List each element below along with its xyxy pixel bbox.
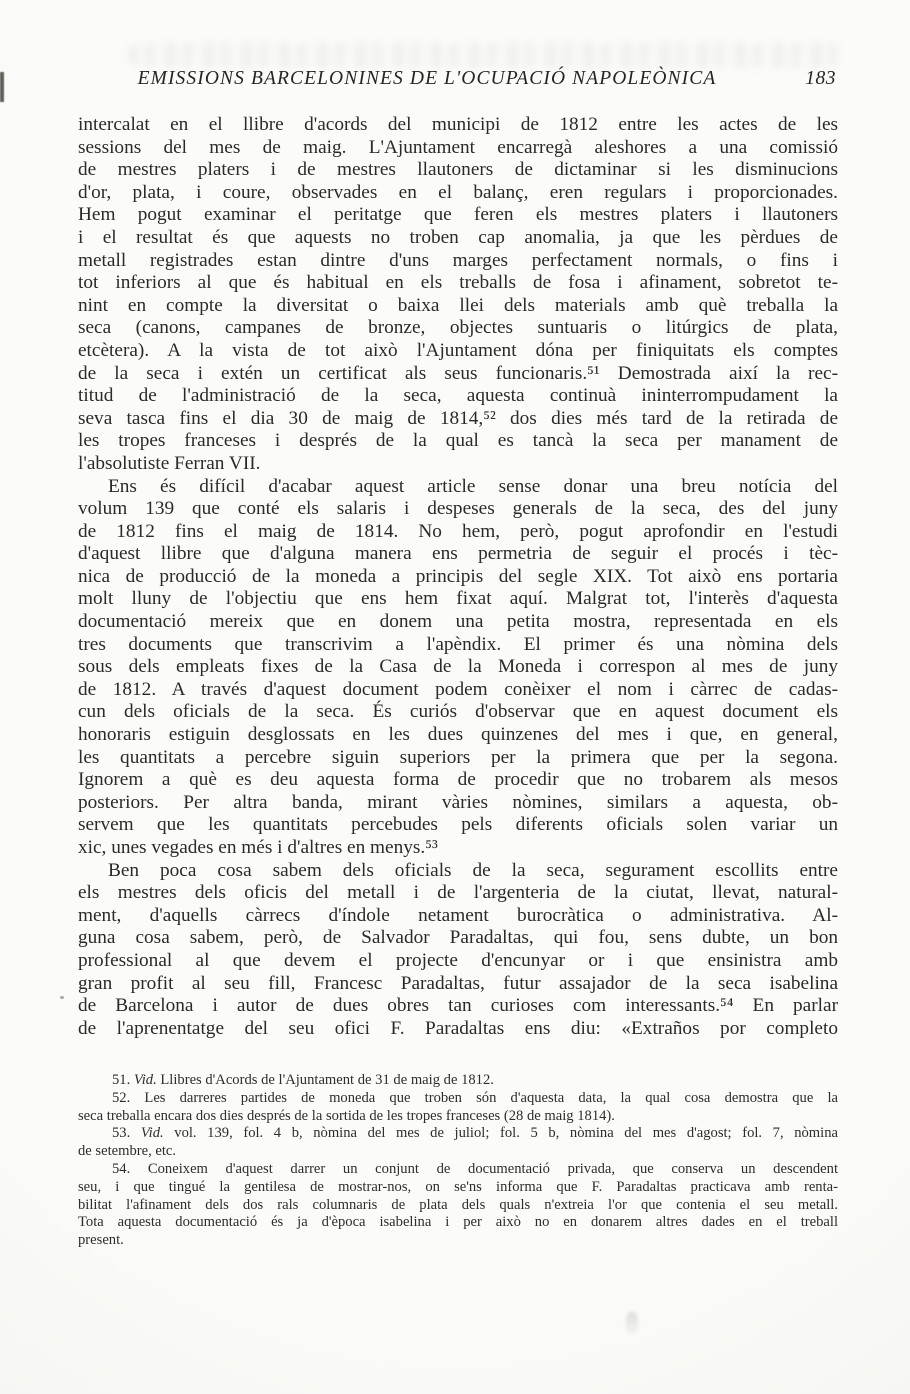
text-line: Tota aquesta documentació és ja d'època … [78,1214,838,1232]
text-line: de 1812. A través d'aquest document pode… [78,679,838,702]
text-line: metall registrades estan dintre d'uns ma… [78,250,838,273]
text-line: nint en compte la diversitat o baixa lle… [78,295,838,318]
text-line: 53. Vid. vol. 139, fol. 4 b, nòmina del … [78,1125,838,1143]
text-line: seca treballa encara dos dies després de… [78,1108,838,1126]
body-text: intercalat en el llibre d'acords del mun… [78,114,838,1040]
scan-dot-artifact [60,996,64,999]
text-line: ment, d'aquells càrrecs d'índole netamen… [78,905,838,928]
scanned-page: EMISSIONS BARCELONINES DE L'OCUPACIÓ NAP… [0,0,910,1394]
text-line: posteriors. Per altra banda, mirant vàri… [78,792,838,815]
paragraph: Ben poca cosa sabem dels oficials de la … [78,860,838,1041]
text-line: volum 139 que conté els salaris i despes… [78,498,838,521]
text-line: nica de producció de la moneda a princip… [78,566,838,589]
text-line: seca (canons, campanes de bronze, object… [78,317,838,340]
text-line: intercalat en el llibre d'acords del mun… [78,114,838,137]
text-line: titud de l'administració de la seca, aqu… [78,385,838,408]
text-line: 54. Coneixem d'aquest darrer un conjunt … [78,1161,838,1179]
text-line: documentació mereix que en donem una pet… [78,611,838,634]
text-line: d'or, plata, i coure, observades en el b… [78,182,838,205]
text-line: Ens és difícil d'acabar aquest article s… [78,476,838,499]
text-line: xic, unes vegades en més i d'altres en m… [78,837,838,860]
footnote: 52. Les darreres partides de moneda que … [78,1090,838,1126]
text-line: 51. Vid. Llibres d'Acords de l'Ajuntamen… [78,1072,838,1090]
text-line: de mestres platers i de mestres llautone… [78,159,838,182]
text-line: professional al que devem el projecte d'… [78,950,838,973]
text-line: cun dels oficials de la seca. És curiós … [78,701,838,724]
text-line: honoraris estiguin desglossats en les du… [78,724,838,747]
scan-edge-artifact [0,72,4,102]
text-line: seu, i que tingué la gentilesa de mostra… [78,1179,838,1197]
text-line: Hem pogut examinar el peritatge que fere… [78,204,838,227]
paragraph: Ens és difícil d'acabar aquest article s… [78,476,838,860]
text-line: bilitat l'afinament dels dos rals column… [78,1197,838,1215]
text-line: els mestres dels oficis del metall i de … [78,882,838,905]
footnote: 54. Coneixem d'aquest darrer un conjunt … [78,1161,838,1250]
text-line: tres documents que transcrivim a l'apènd… [78,634,838,657]
text-line: 52. Les darreres partides de moneda que … [78,1090,838,1108]
text-line: molt lluny de l'objectiu que ens hem fix… [78,588,838,611]
text-line: les quantitats a percebre siguin superio… [78,747,838,770]
paragraph: intercalat en el llibre d'acords del mun… [78,114,838,476]
page-header: EMISSIONS BARCELONINES DE L'OCUPACIÓ NAP… [78,68,838,94]
text-line: d'aquest llibre que d'alguna manera ens … [78,543,838,566]
text-line: de 1812 fins el maig de 1814. No hem, pe… [78,521,838,544]
text-line: Ben poca cosa sabem dels oficials de la … [78,860,838,883]
text-line: Ignorem a què es deu aquesta forma de pr… [78,769,838,792]
text-line: servem que les quantitats percebudes pel… [78,814,838,837]
text-line: de setembre, etc. [78,1143,838,1161]
scan-smudge-artifact [626,1312,638,1334]
footnote: 53. Vid. vol. 139, fol. 4 b, nòmina del … [78,1125,838,1161]
text-line: sous dels empleats fixes de la Casa de l… [78,656,838,679]
footnote: 51. Vid. Llibres d'Acords de l'Ajuntamen… [78,1072,838,1090]
text-line: de la seca i extén un certificat als seu… [78,363,838,386]
running-title: EMISSIONS BARCELONINES DE L'OCUPACIÓ NAP… [78,68,776,90]
text-line: present. [78,1232,838,1250]
show-through-artifact [128,42,840,68]
text-line: seva tasca fins el dia 30 de maig de 181… [78,408,838,431]
text-line: de Barcelona i autor de dues obres tan c… [78,995,838,1018]
text-line: i el resultat és que aquests no troben c… [78,227,838,250]
text-line: tot inferiors al que és habitual en els … [78,272,838,295]
text-line: sessions del mes de maig. L'Ajuntament e… [78,137,838,160]
page-number: 183 [805,68,836,90]
text-line: guna cosa sabem, però, de Salvador Parad… [78,927,838,950]
text-line: les tropes franceses i després de la qua… [78,430,838,453]
footnotes-section: 51. Vid. Llibres d'Acords de l'Ajuntamen… [78,1072,838,1250]
text-line: l'absolutiste Ferran VII. [78,453,838,476]
text-line: gran profit al seu fill, Francesc Parada… [78,973,838,996]
text-line: etcètera). A la vista de tot això l'Ajun… [78,340,838,363]
text-line: de l'aprenentatge del seu ofici F. Parad… [78,1018,838,1041]
